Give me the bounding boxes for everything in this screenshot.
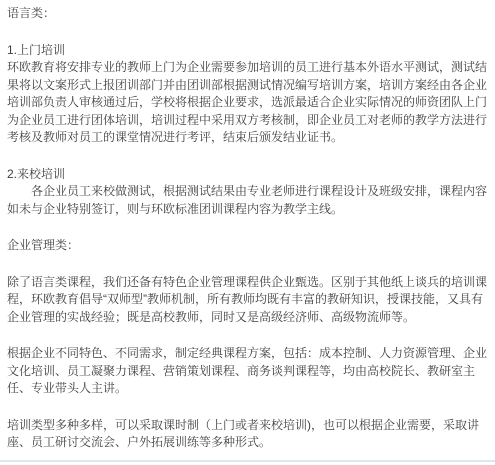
- block-school-training: 2.来校培训 各企业员工来校做测试，根据测试结果由专业老师进行课程设计及班级安排…: [7, 166, 488, 219]
- management-paragraph-2: 根据企业不同特色、不同需求，制定经典课程方案，包括：成本控制、人力资源管理、企业…: [7, 345, 488, 398]
- school-training-heading: 2.来校培训: [7, 166, 488, 184]
- document-body: 语言类： 1.上门培训 环欧教育将安排专业的教师上门为企业需要参加培训的员工进行…: [7, 5, 488, 465]
- onsite-training-paragraph: 环欧教育将安排专业的教师上门为企业需要参加培训的员工进行基本外语水平测试，测试结…: [7, 59, 488, 147]
- section-title-language: 语言类：: [7, 5, 488, 23]
- management-paragraph-3: 培训类型多种多样，可以采取课时制（上门或者来校培训)，也可以根据企业需要，采取讲…: [7, 417, 488, 452]
- bottom-divider-line: [0, 460, 495, 462]
- school-training-paragraph: 各企业员工来校做测试，根据测试结果由专业老师进行课程设计及班级安排，课程内容如未…: [7, 183, 488, 218]
- section-title-management: 企业管理类：: [7, 237, 488, 255]
- management-paragraph-1: 除了语言类课程，我们还备有特色企业管理课程供企业甄选。区别于其他纸上谈兵的培训课…: [7, 274, 488, 327]
- onsite-training-heading: 1.上门培训: [7, 42, 488, 60]
- block-onsite-training: 1.上门培训 环欧教育将安排专业的教师上门为企业需要参加培训的员工进行基本外语水…: [7, 42, 488, 147]
